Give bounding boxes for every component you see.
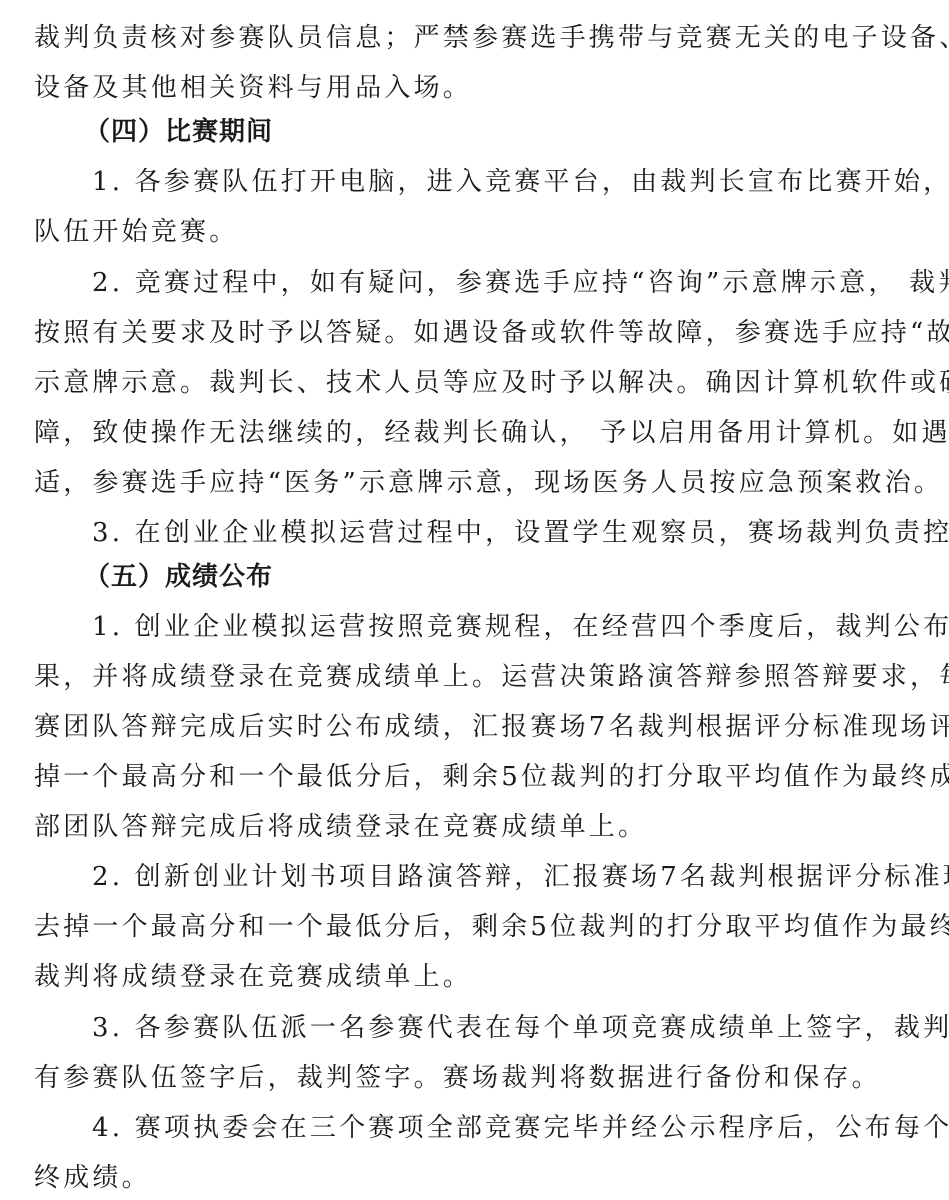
text-line: 终成绩。 [34,1158,151,1198]
text-line: 赛团队答辩完成后实时公布成绩，汇报赛场7名裁判根据评分标准现场评分，去 [34,707,949,747]
text-line: 果，并将成绩登录在竞赛成绩单上。运营决策路演答辩参照答辩要求，每个参 [34,657,949,697]
text-line: 3. 在创业企业模拟运营过程中，设置学生观察员，赛场裁判负责控制过程。 [92,513,949,553]
section-heading-results-announcement: （五）成绩公布 [84,557,273,597]
text-line: 2. 创新创业计划书项目路演答辩，汇报赛场7名裁判根据评分标准现场评分， [92,857,949,897]
text-line: 3. 各参赛队伍派一名参赛代表在每个单项竞赛成绩单上签字，裁判监督所 [92,1008,949,1048]
text-line: 设备及其他相关资料与用品入场。 [34,68,472,108]
section-heading-competition-period: （四）比赛期间 [84,112,273,152]
text-line: 裁判负责核对参赛队员信息；严禁参赛选手携带与竞赛无关的电子设备、通讯 [34,18,949,58]
text-line: 障，致使操作无法继续的，经裁判长确认， 予以启用备用计算机。如遇身体不 [34,413,949,453]
text-line: 有参赛队伍签字后，裁判签字。赛场裁判将数据进行备份和保存。 [34,1058,881,1098]
text-line: 示意牌示意。裁判长、技术人员等应及时予以解决。确因计算机软件或硬件故 [34,363,949,403]
text-line: 2. 竞赛过程中，如有疑问，参赛选手应持“咨询”示意牌示意， 裁判长应 [92,263,949,303]
text-line: 队伍开始竞赛。 [34,212,238,252]
text-line: 按照有关要求及时予以答疑。如遇设备或软件等故障，参赛选手应持“故障” [34,313,949,353]
text-line: 部团队答辩完成后将成绩登录在竞赛成绩单上。 [34,807,647,847]
text-line: 1. 各参赛队伍打开电脑，进入竞赛平台，由裁判长宣布比赛开始，各参赛 [92,162,949,202]
text-line: 掉一个最高分和一个最低分后，剩余5位裁判的打分取平均值作为最终成绩，全 [34,757,949,797]
text-line: 去掉一个最高分和一个最低分后，剩余5位裁判的打分取平均值作为最终成绩。 [34,907,949,947]
text-line: 裁判将成绩登录在竞赛成绩单上。 [34,957,472,997]
text-line: 4. 赛项执委会在三个赛项全部竞赛完毕并经公示程序后，公布每个赛项最 [92,1108,949,1148]
text-line: 适，参赛选手应持“医务”示意牌示意，现场医务人员按应急预案救治。 [34,463,943,503]
text-line: 1. 创业企业模拟运营按照竞赛规程，在经营四个季度后，裁判公布竞赛结 [92,607,949,647]
